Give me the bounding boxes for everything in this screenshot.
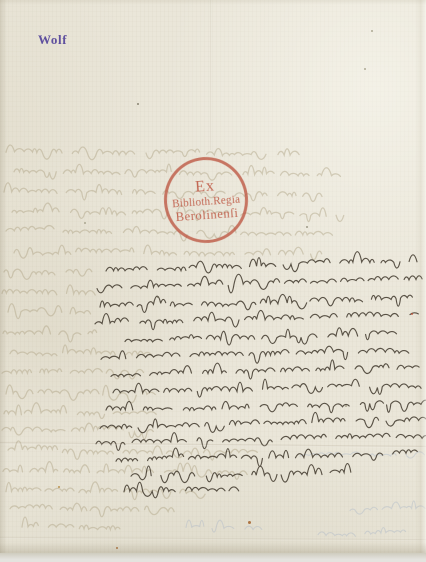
wolf-ownership-stamp: Wolf bbox=[38, 32, 67, 47]
paper-speck bbox=[157, 296, 159, 298]
page-edge-left-shadow bbox=[0, 0, 7, 562]
paper-speck bbox=[84, 222, 86, 224]
paper-speck bbox=[58, 486, 60, 488]
paper-speck bbox=[364, 68, 366, 70]
stamp-text-block: Ex Biblioth.Regia Berolinenſi bbox=[160, 153, 252, 247]
royal-library-stamp: Ex Biblioth.Regia Berolinenſi bbox=[160, 153, 252, 247]
wolf-stamp-text: Wolf bbox=[38, 32, 67, 46]
page-edge-right-highlight bbox=[415, 0, 426, 562]
page-bottom-edge bbox=[0, 553, 426, 562]
handwriting-ink bbox=[95, 252, 426, 498]
paper-speck bbox=[345, 405, 347, 407]
pencil-marks bbox=[186, 452, 425, 536]
page-edge-top-shadow bbox=[0, 0, 426, 5]
stamp-line-berolinensi: Berolinenſi bbox=[175, 207, 239, 225]
manuscript-page: Wolf Ex Biblioth.Regia Berolinenſi bbox=[0, 0, 426, 562]
stamp-line-ex: Ex bbox=[195, 178, 216, 195]
handwriting-layer bbox=[0, 0, 426, 562]
page-bottom-shadow bbox=[0, 542, 426, 553]
paper-speck bbox=[411, 313, 413, 315]
paper-crease-vertical bbox=[210, 0, 212, 150]
paper-speck bbox=[137, 103, 139, 105]
paper-speck bbox=[248, 521, 251, 524]
paper-speck bbox=[371, 30, 373, 32]
paper-speck bbox=[306, 226, 308, 228]
